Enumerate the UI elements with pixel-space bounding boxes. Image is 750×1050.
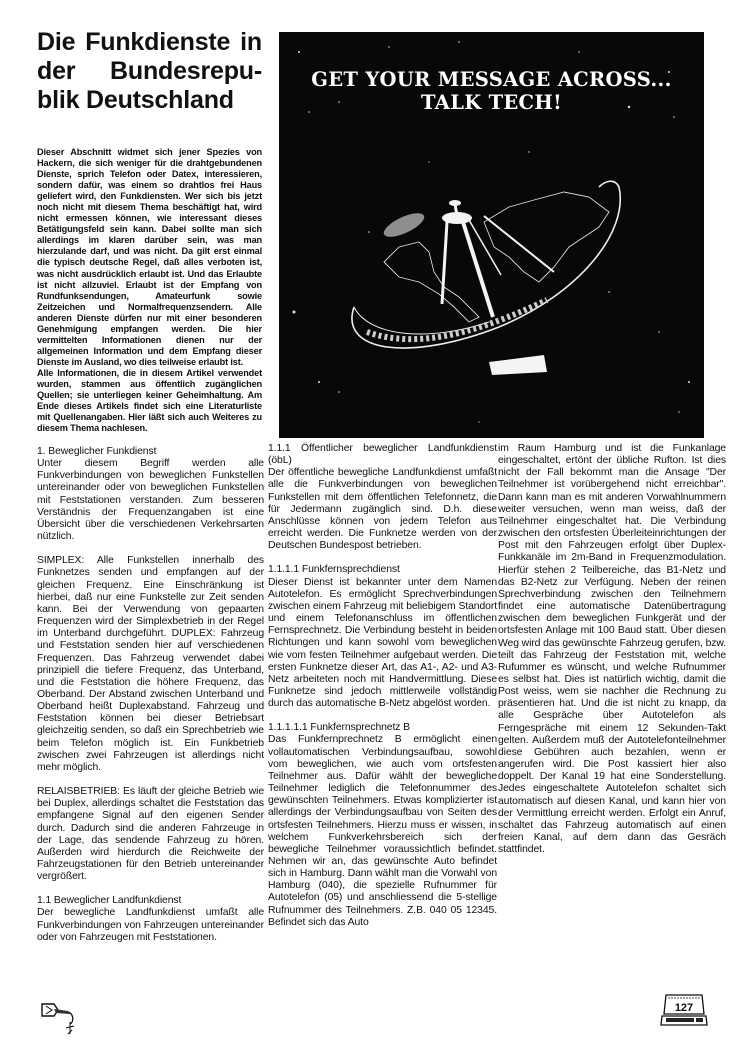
page-number-badge: 127 (660, 992, 708, 1028)
article-title: Die Funkdienste in der Bundesrepu- blik … (37, 28, 262, 115)
advertisement-headline: GET YOUR MESSAGE ACROSS... TALK TECH! (279, 68, 704, 114)
column-3-body: im Raum Hamburg und ist die Funkanlage e… (498, 443, 726, 856)
section-heading-1-1-1-1-1: 1.1.1.1.1 Funkfernsprechnetz B (268, 722, 497, 734)
title-line-3: blik Deutschland (37, 86, 262, 115)
title-line-2: der Bundesrepu- (37, 57, 262, 86)
section-heading-1-1-1-1: 1.1.1.1 Funkfernsprechdienst (268, 564, 497, 576)
headline-line-2: TALK TECH! (279, 91, 704, 114)
section-body-1-1: Der bewegliche Landfunkdienst umfaßt all… (37, 907, 264, 942)
intro-paragraph: Dieser Abschnitt widmet sich jener Spezi… (37, 147, 262, 368)
section-body-1-1-1-1-1: Das Funkfernprechnetz B ermöglicht einen… (268, 734, 497, 927)
section-heading-1: 1. Beweglicher Funkdienst (37, 446, 264, 458)
page-number: 127 (660, 1002, 708, 1014)
intro-paragraph: Alle Informationen, die in diesem Artike… (37, 368, 262, 434)
article-column-3: im Raum Hamburg und ist die Funkanlage e… (498, 443, 726, 856)
simplex-duplex-paragraph: SIMPLEX: Alle Funkstellen innerhalb des … (37, 555, 264, 774)
section-body-1: Unter diesem Begriff werden alle Funkver… (37, 458, 264, 542)
article-column-2: 1.1.1 Öffentlicher beweglicher Landfunkd… (268, 443, 497, 929)
relais-paragraph: RELAISBETRIEB: Es läuft der gleiche Betr… (37, 786, 264, 883)
hand-plug-logo-icon (40, 1000, 82, 1041)
article-column-1: 1. Beweglicher Funkdienst Unter diesem B… (37, 446, 264, 944)
headline-line-1: GET YOUR MESSAGE ACROSS... (279, 68, 704, 91)
article-intro: Dieser Abschnitt widmet sich jener Spezi… (37, 147, 262, 434)
section-heading-1-1: 1.1 Beweglicher Landfunkdienst (37, 895, 264, 907)
section-body-1-1-1: Der öffentliche bewegliche Landfunkdiens… (268, 467, 497, 551)
section-heading-1-1-1: 1.1.1 Öffentlicher beweglicher Landfunkd… (268, 443, 497, 467)
title-line-1: Die Funkdienste in (37, 28, 262, 57)
advertisement-image: GET YOUR MESSAGE ACROSS... TALK TECH! (279, 32, 704, 438)
section-body-1-1-1-1: Dieser Dienst ist bekannter unter dem Na… (268, 577, 497, 710)
